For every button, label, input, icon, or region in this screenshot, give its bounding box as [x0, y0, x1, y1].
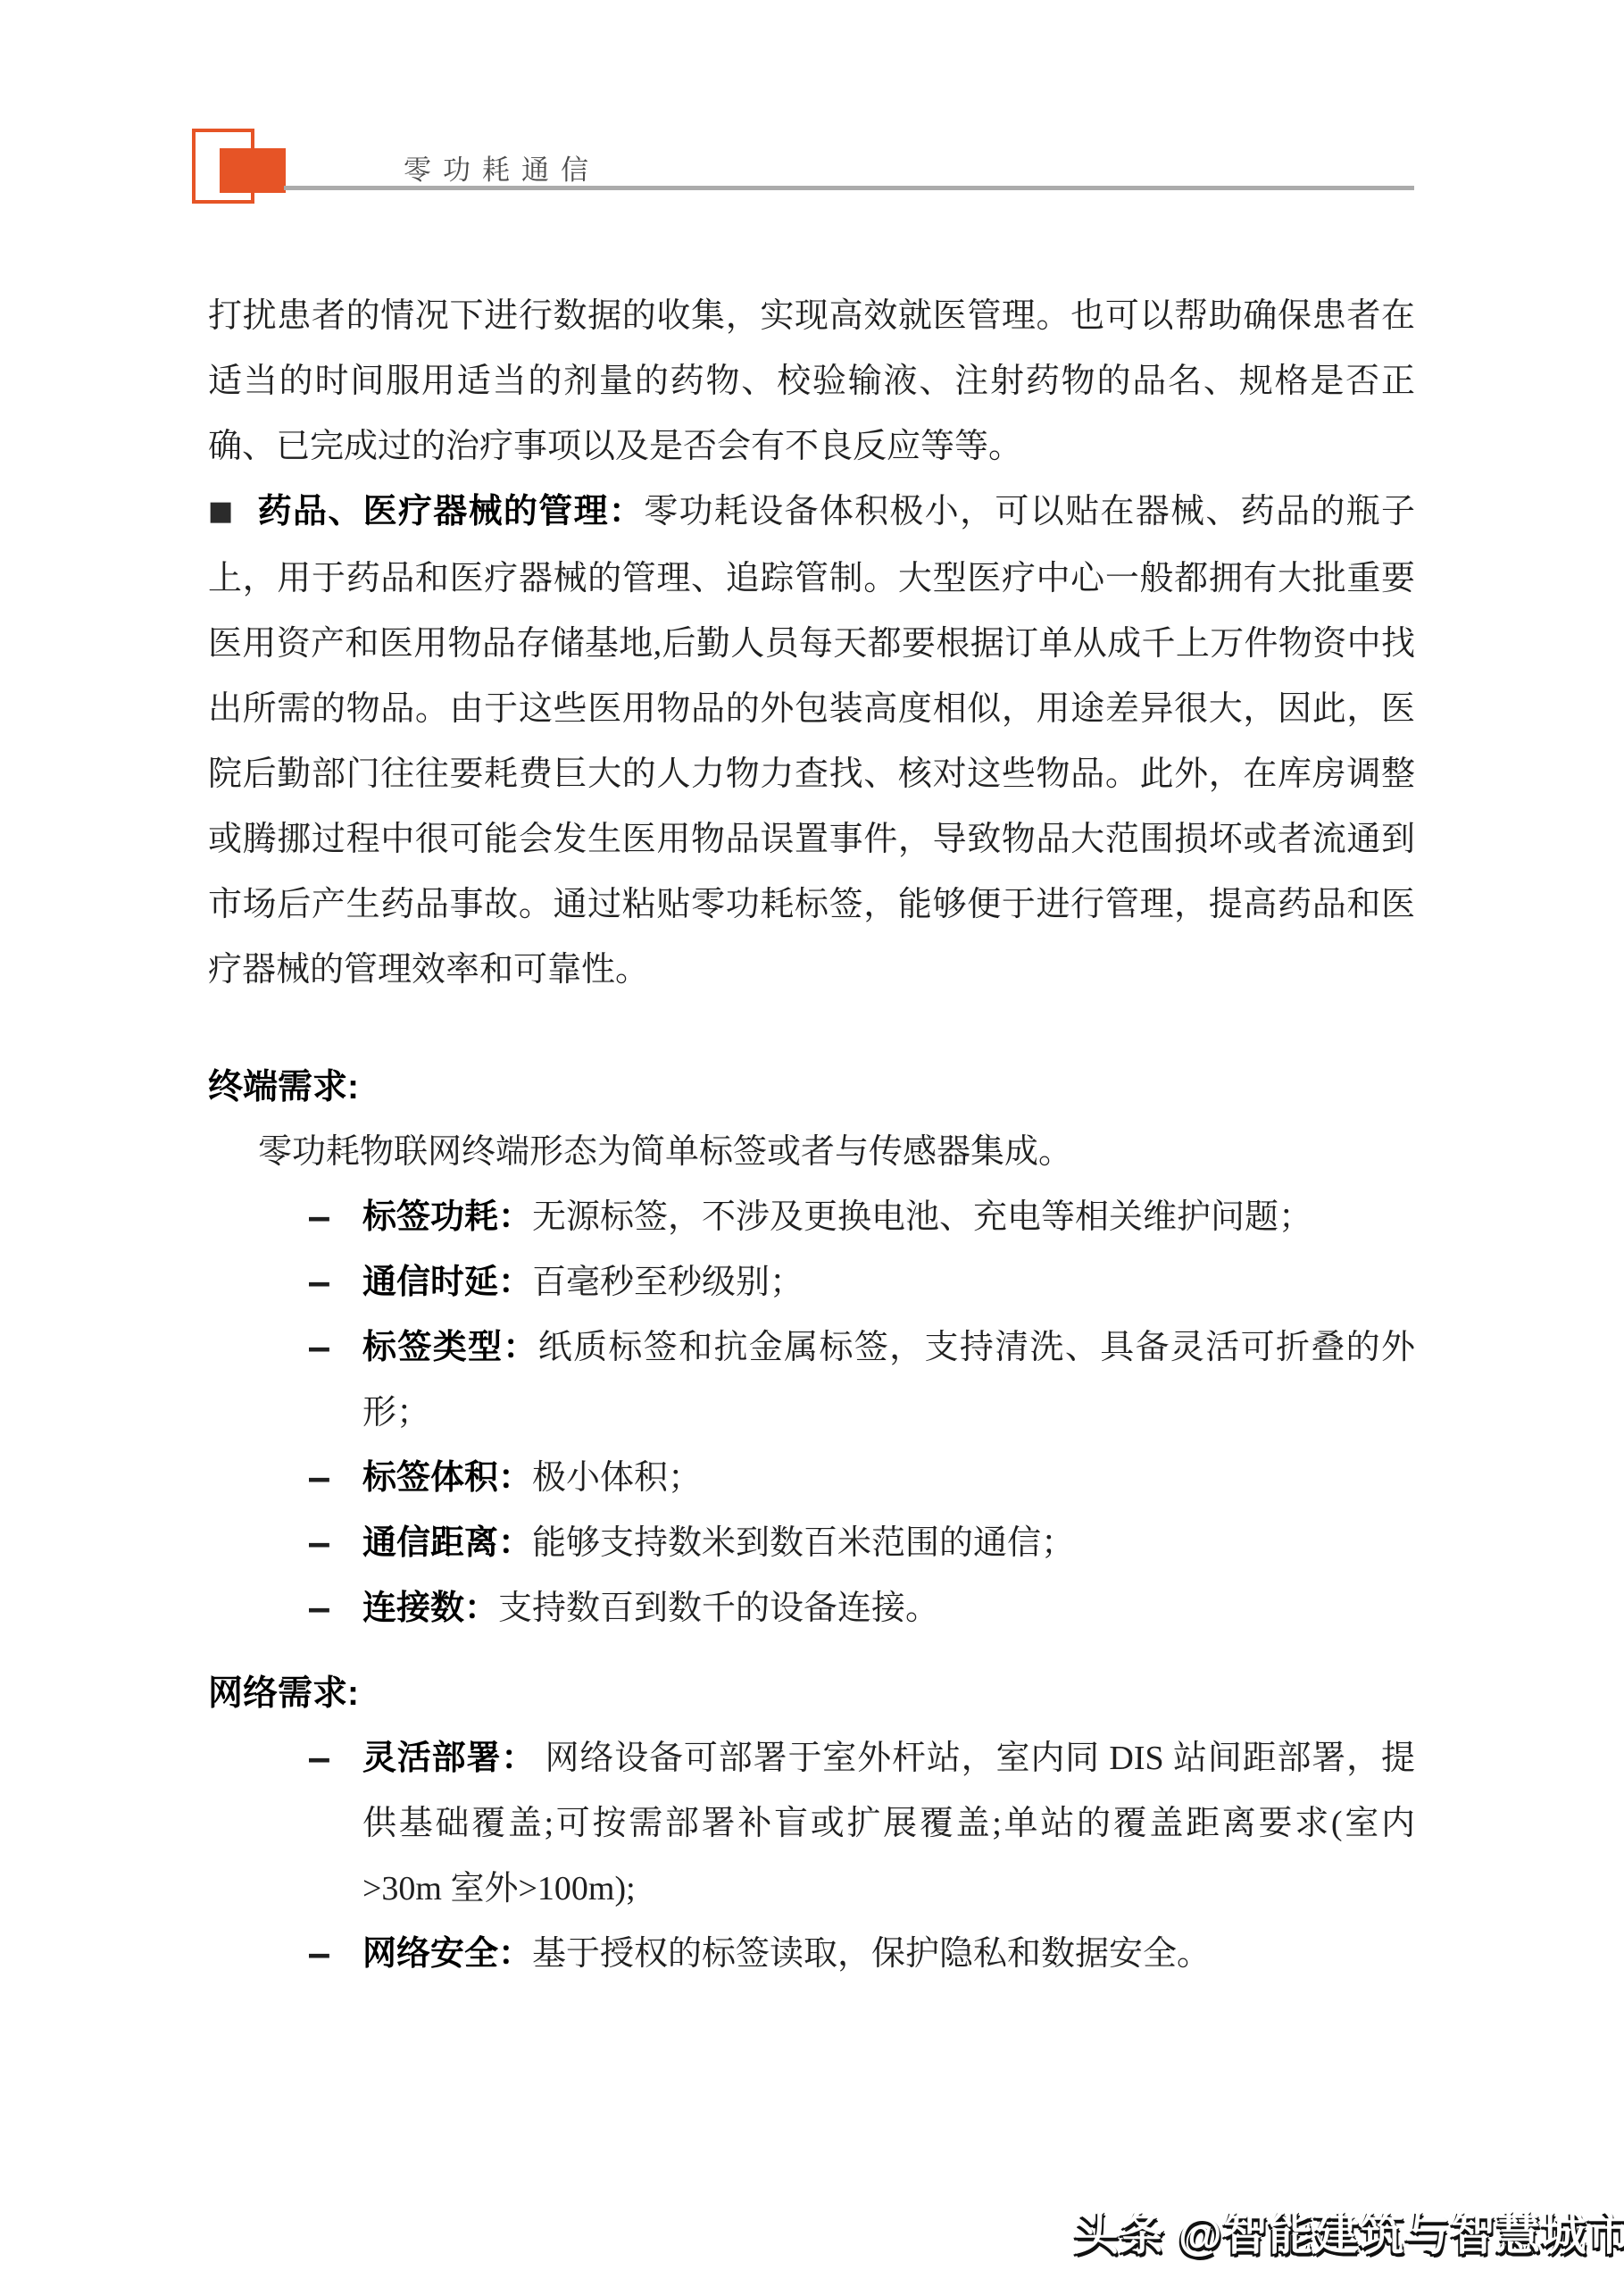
list-item-text: 无源标签，不涉及更换电池、充电等相关维护问题； [532, 1198, 1312, 1236]
bullet-paragraph-label: 药品、医疗器械的管理： [258, 493, 645, 530]
list-item-label: 标签功耗： [362, 1198, 532, 1236]
dash-bullet-icon: – [309, 1185, 362, 1250]
document-body: 打扰患者的情况下进行数据的收集，实现高效就医管理。也可以帮助确保患者在适当的时间… [208, 284, 1415, 1987]
list-item: – 灵活部署： 网络设备可部署于室外杆站，室内同 DIS 站间距部署，提供基础覆… [309, 1726, 1415, 1922]
list-item-body: 灵活部署： 网络设备可部署于室外杆站，室内同 DIS 站间距部署，提供基础覆盖;… [362, 1726, 1415, 1922]
dash-bullet-icon: – [309, 1315, 362, 1446]
list-item-body: 网络安全：基于授权的标签读取，保护隐私和数据安全。 [362, 1922, 1415, 1987]
dash-bullet-icon: – [309, 1922, 362, 1987]
list-item: – 标签功耗：无源标签，不涉及更换电池、充电等相关维护问题； [309, 1185, 1415, 1250]
document-page: 零功耗通信 打扰患者的情况下进行数据的收集，实现高效就医管理。也可以帮助确保患者… [0, 0, 1624, 2287]
terminal-requirements-heading: 终端需求: [208, 1055, 1415, 1120]
toutiao-watermark: 头条 @智能建筑与智慧城市 [1074, 2199, 1624, 2263]
list-item-body: 标签类型：纸质标签和抗金属标签，支持清洗、具备灵活可折叠的外形； [362, 1315, 1415, 1446]
list-item-body: 通信距离：能够支持数米到数百米范围的通信； [362, 1511, 1415, 1576]
dash-bullet-icon: – [309, 1250, 362, 1315]
list-item-label: 通信距离： [362, 1524, 532, 1562]
list-item-text: 极小体积； [532, 1459, 702, 1497]
list-item-body: 通信时延：百毫秒至秒级别； [362, 1250, 1415, 1315]
list-item: – 标签类型：纸质标签和抗金属标签，支持清洗、具备灵活可折叠的外形； [309, 1315, 1415, 1446]
list-item-body: 标签体积：极小体积； [362, 1446, 1415, 1511]
list-item: – 通信时延：百毫秒至秒级别； [309, 1250, 1415, 1315]
list-item-text: 基于授权的标签读取，保护隐私和数据安全。 [532, 1935, 1211, 1973]
list-item-label: 标签类型： [362, 1329, 538, 1366]
list-item: – 连接数：支持数百到数千的设备连接。 [309, 1576, 1415, 1641]
bullet-paragraph-text: 零功耗设备体积极小，可以贴在器械、药品的瓶子上，用于药品和医疗器械的管理、追踪管… [208, 493, 1415, 989]
list-item-body: 标签功耗：无源标签，不涉及更换电池、充电等相关维护问题； [362, 1185, 1415, 1250]
logo-filled-square [220, 148, 286, 193]
dash-bullet-icon: – [309, 1446, 362, 1511]
list-item-label: 网络安全： [362, 1935, 532, 1973]
terminal-requirements-intro: 零功耗物联网终端形态为简单标签或者与传感器集成。 [258, 1120, 1415, 1185]
network-requirements-heading: 网络需求: [208, 1661, 1415, 1726]
list-item-label: 通信时延： [362, 1264, 532, 1301]
intro-paragraph: 打扰患者的情况下进行数据的收集，实现高效就医管理。也可以帮助确保患者在适当的时间… [208, 284, 1415, 480]
list-item: – 标签体积：极小体积； [309, 1446, 1415, 1511]
list-item-label: 连接数： [362, 1590, 498, 1627]
page-title: 零功耗通信 [404, 147, 600, 188]
list-item-text: 支持数百到数千的设备连接。 [498, 1590, 939, 1627]
list-item-label: 标签体积： [362, 1459, 532, 1497]
list-item-text: 能够支持数米到数百米范围的通信； [532, 1524, 1075, 1562]
list-item-label: 灵活部署： [362, 1740, 536, 1777]
terminal-requirements-list: – 标签功耗：无源标签，不涉及更换电池、充电等相关维护问题； – 通信时延：百毫… [208, 1185, 1415, 1641]
dash-bullet-icon: – [309, 1511, 362, 1576]
dash-bullet-icon: – [309, 1576, 362, 1641]
square-bullet-icon: ■ [208, 496, 235, 527]
bullet-paragraph: ■药品、医疗器械的管理：零功耗设备体积极小，可以贴在器械、药品的瓶子上，用于药品… [208, 480, 1415, 1003]
list-item: – 网络安全：基于授权的标签读取，保护隐私和数据安全。 [309, 1922, 1415, 1987]
list-item-body: 连接数：支持数百到数千的设备连接。 [362, 1576, 1415, 1641]
dash-bullet-icon: – [309, 1726, 362, 1922]
list-item: – 通信距离：能够支持数米到数百米范围的通信； [309, 1511, 1415, 1576]
network-requirements-list: – 灵活部署： 网络设备可部署于室外杆站，室内同 DIS 站间距部署，提供基础覆… [208, 1726, 1415, 1987]
list-item-text: 百毫秒至秒级别； [532, 1264, 804, 1301]
